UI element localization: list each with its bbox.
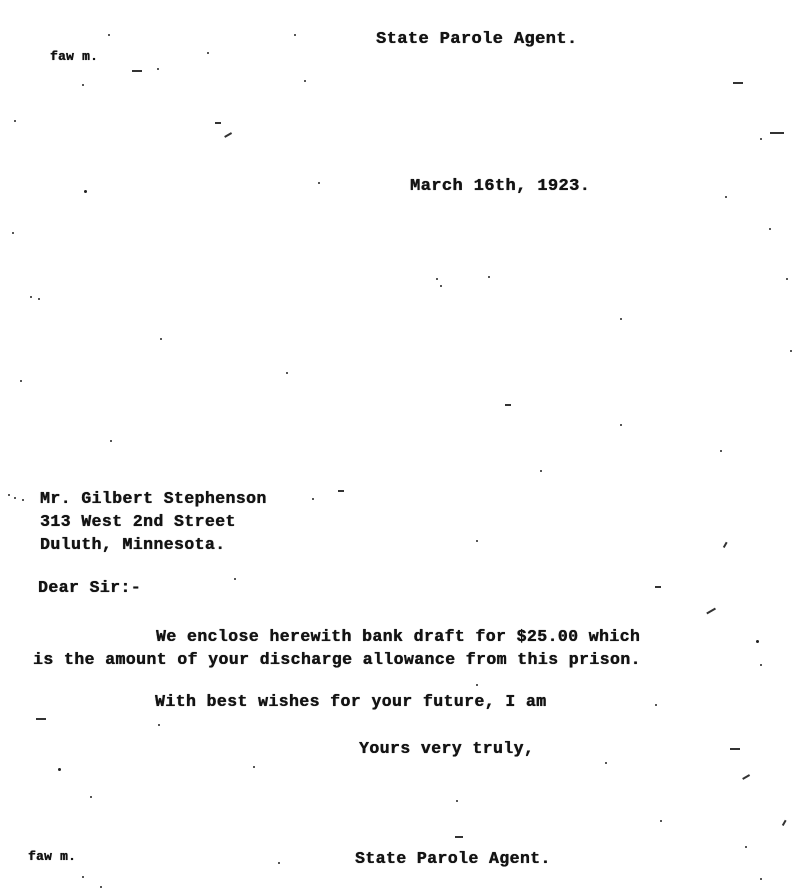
typist-initials-top: faw m. <box>50 47 98 67</box>
speck <box>158 724 160 726</box>
letter-date: March 16th, 1923. <box>410 177 590 197</box>
speck <box>742 774 750 779</box>
speck <box>760 664 762 666</box>
speck <box>90 796 92 798</box>
speck <box>790 350 792 352</box>
speck <box>110 440 112 442</box>
typist-initials-bottom: faw m. <box>28 847 76 867</box>
speck <box>476 540 478 542</box>
speck <box>660 820 662 822</box>
recipient-name: Mr. Gilbert Stephenson <box>40 489 267 509</box>
speck <box>294 34 296 36</box>
speck <box>312 498 314 500</box>
speck <box>58 768 61 771</box>
speck <box>455 836 463 838</box>
speck <box>760 138 762 140</box>
sender-title-top: State Parole Agent. <box>376 30 577 50</box>
speck <box>476 684 478 686</box>
speck <box>207 52 209 54</box>
speck <box>253 766 255 768</box>
recipient-street: 313 West 2nd Street <box>40 512 236 532</box>
recipient-city-state: Duluth, Minnesota. <box>40 535 225 555</box>
speck <box>730 748 740 750</box>
speck <box>436 278 438 280</box>
speck <box>756 640 759 643</box>
speck <box>84 190 87 193</box>
speck <box>733 82 743 84</box>
speck <box>234 578 236 580</box>
speck <box>440 285 442 287</box>
body-line-2: is the amount of your discharge allowanc… <box>33 650 641 670</box>
body-line-1: We enclose herewith bank draft for $25.0… <box>156 627 640 647</box>
speck <box>540 470 542 472</box>
speck <box>108 34 110 36</box>
speck <box>160 338 162 340</box>
speck <box>82 84 84 86</box>
complimentary-closing: Yours very truly, <box>359 739 534 759</box>
speck <box>782 820 786 826</box>
speck <box>655 586 661 588</box>
speck <box>620 424 622 426</box>
speck <box>14 497 16 499</box>
speck <box>769 228 771 230</box>
speck <box>36 718 46 720</box>
speck <box>132 70 142 72</box>
speck <box>725 196 727 198</box>
speck <box>304 80 306 82</box>
speck <box>605 762 607 764</box>
speck <box>20 380 22 382</box>
speck <box>456 800 458 802</box>
speck <box>318 182 320 184</box>
speck <box>620 318 622 320</box>
speck <box>224 132 232 137</box>
speck <box>157 68 159 70</box>
letter-page: faw m. State Parole Agent. March 16th, 1… <box>0 0 800 895</box>
speck <box>723 542 727 548</box>
speck <box>12 232 14 234</box>
speck <box>22 499 24 501</box>
speck <box>8 494 10 496</box>
speck <box>215 122 221 124</box>
speck <box>745 846 747 848</box>
speck <box>82 876 84 878</box>
speck <box>14 120 16 122</box>
speck <box>706 608 715 614</box>
speck <box>760 878 762 880</box>
speck <box>488 276 490 278</box>
speck <box>286 372 288 374</box>
speck <box>100 886 102 888</box>
speck <box>770 132 784 134</box>
speck <box>655 704 657 706</box>
speck <box>786 278 788 280</box>
salutation: Dear Sir:- <box>38 578 141 598</box>
speck <box>720 450 722 452</box>
speck <box>278 862 280 864</box>
sender-title-bottom: State Parole Agent. <box>355 849 551 869</box>
speck <box>30 296 32 298</box>
speck <box>38 298 40 300</box>
speck <box>505 404 511 406</box>
speck <box>338 490 344 492</box>
body-line-3: With best wishes for your future, I am <box>155 692 546 712</box>
